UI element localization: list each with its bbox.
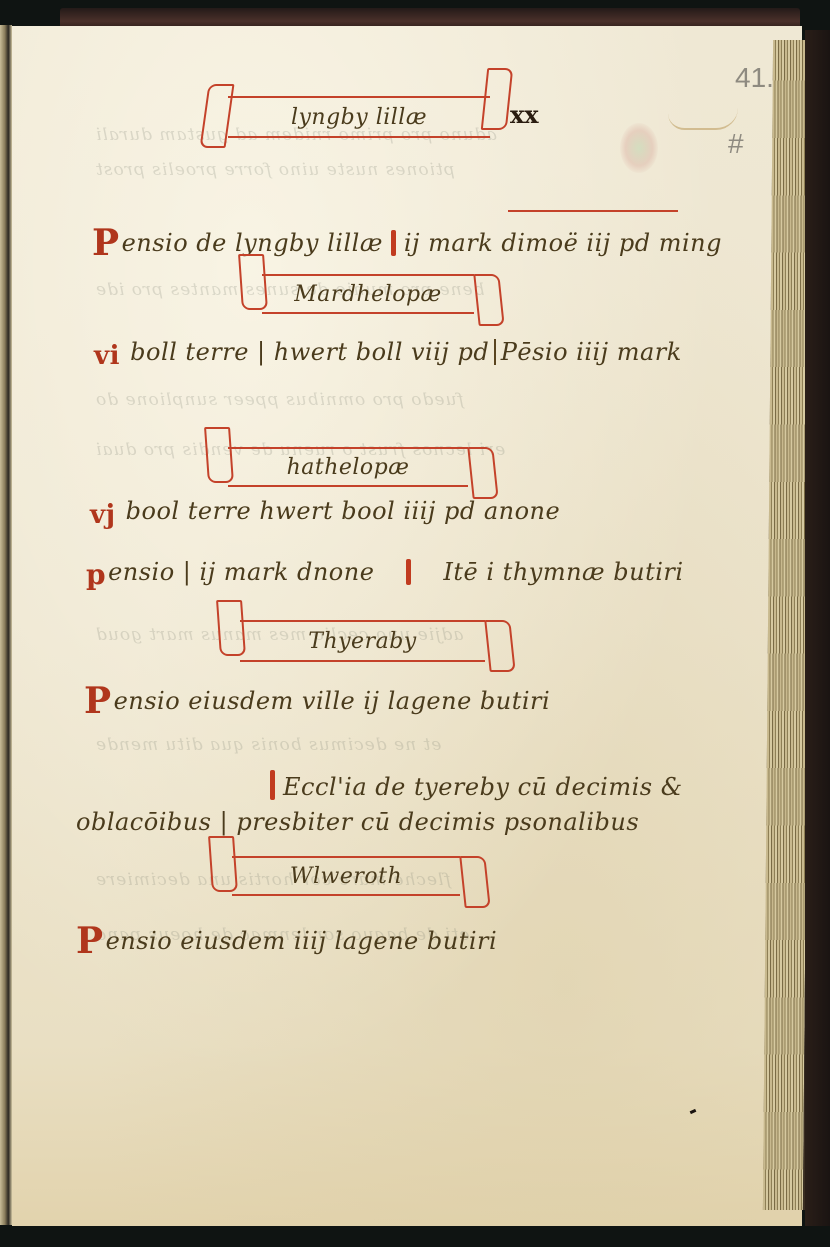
place-banner-thyeraby: Thyeraby [240,620,485,662]
ink-stain [620,123,658,173]
line-text: ensio | ij mark dnone [108,558,374,586]
rubric-mark [270,770,275,800]
book-binding-bottom [0,1226,830,1247]
entry-line: pensio | ij mark dnoneItē i thymnæ butir… [86,558,684,591]
rubric-initial: p [86,558,106,591]
place-heading: Wlweroth [290,864,402,889]
rubric-initial: P [92,222,120,264]
entry-line: Pensio de lyngby lillæij mark dimoë iij … [92,222,722,264]
place-banner-wlweroth: Wlweroth [232,856,460,896]
place-heading: hathelopæ [287,455,410,480]
divider [494,339,496,365]
place-heading: Mardhelopæ [294,282,441,307]
line-text: oblacōibus | presbiter cū decimis psonal… [76,808,639,836]
entry-line: Pensio eiusdem iiij lagene butiri [76,920,497,962]
rubric-initial: vi [94,341,120,371]
line-text: ensio de lyngby lillæ [122,229,383,257]
folio-mark: # [728,128,744,160]
place-banner-lyngby: lyngby lillæ [228,96,490,138]
line-text-rubric: Itē i thymnæ butiri [443,558,683,586]
book-cover-edge [805,30,830,1247]
folio-number: 41. [735,62,774,94]
entry-line: vi boll terre | hwert boll viij pdPēsio … [94,338,682,371]
place-banner-hathelopae: hathelopæ [228,447,468,487]
rubric-initial: P [76,920,104,962]
entry-line: oblacōibus | presbiter cū decimis psonal… [76,808,639,836]
show-through-text: ptiones nuste uino forre proelis prost [95,160,455,180]
line-text-rubric: ij mark dimoë iij pd ming [404,229,722,257]
entry-line: vj bool terre hwert bool iiij pd anone [90,497,560,530]
line-text: ensio eiusdem iiij lagene butiri [106,927,498,955]
rubric-rule [508,210,678,212]
rubric-mark [406,559,411,585]
line-text-rubric: Pēsio iiij mark [501,338,682,366]
header-mark: xx [510,100,539,129]
show-through-text: fuedo pro omnibus ppeer sunplione do [95,390,464,410]
place-banner-mardhelopae: Mardhelopæ [262,274,474,314]
line-text: ensio eiusdem ville ij lagene butiri [114,687,551,715]
line-text: bool terre hwert bool iiij pd anone [126,497,561,525]
place-heading: Thyeraby [308,629,416,654]
rubric-initial: P [84,680,112,722]
pencil-squiggle [668,108,738,130]
line-text-rubric: Eccl'ia de tyereby cū decimis & [283,773,683,801]
line-text: boll terre | hwert boll viij pd [130,338,489,366]
gutter-edge [0,25,12,1225]
entry-line: Pensio eiusdem ville ij lagene butiri [84,680,550,722]
rubric-mark [391,230,396,256]
place-heading: lyngby lillæ [291,105,427,130]
rubric-initial: vj [90,500,116,530]
show-through-text: et ne decimus bonis qua ditu mende [95,735,441,755]
entry-line: Eccl'ia de tyereby cū decimis & [262,770,683,801]
